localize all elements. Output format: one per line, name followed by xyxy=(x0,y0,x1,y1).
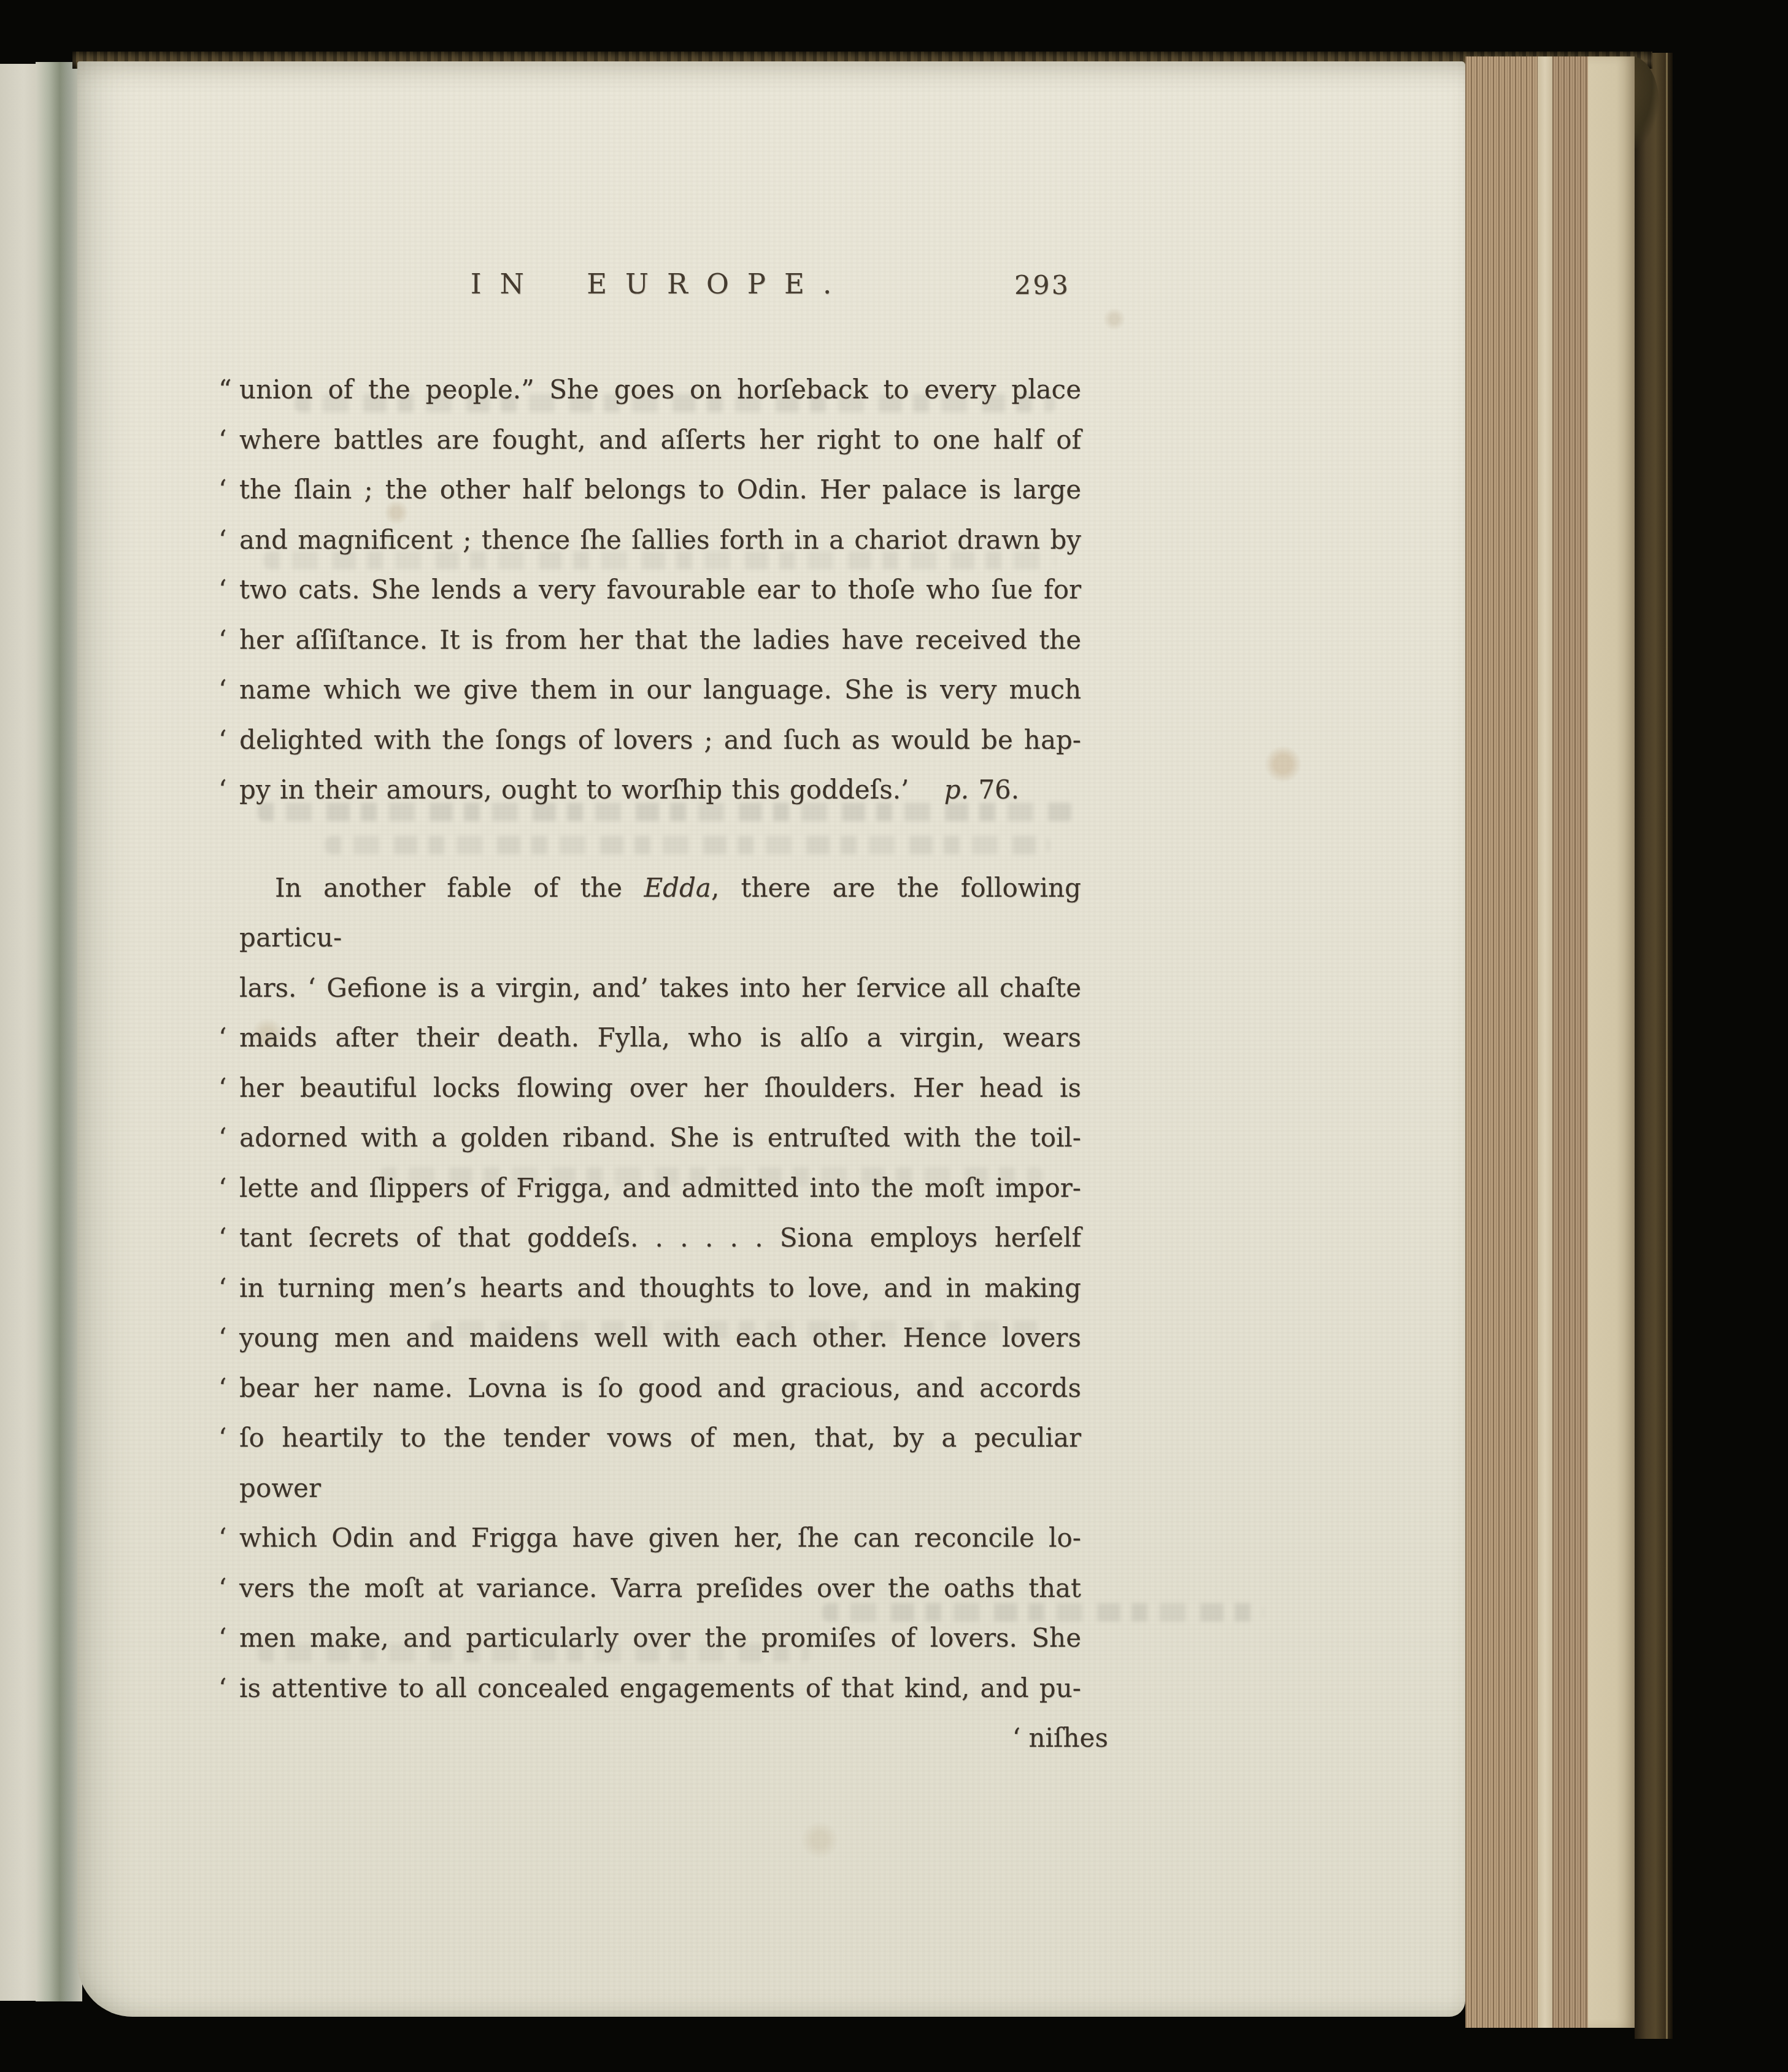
text-line: ‘where battles are fought, and aſſerts h… xyxy=(239,415,1081,465)
hanging-quote-mark: ‘ xyxy=(218,765,226,815)
hanging-quote-mark: ‘ xyxy=(218,1363,226,1413)
hanging-quote-mark: ‘ xyxy=(218,515,226,565)
text-line: ‘lette and ſlippers of Frigga, and admit… xyxy=(239,1163,1081,1213)
fore-edge-pages xyxy=(1465,56,1635,2028)
hanging-quote-mark: ‘ xyxy=(218,1613,226,1663)
text-line: ‘men make, and particularly over the pro… xyxy=(239,1613,1081,1663)
hanging-quote-mark: ‘ xyxy=(218,1513,226,1563)
line-text: men make, and particularly over the prom… xyxy=(239,1623,1081,1653)
printed-text-block: IN EUROPE. 293 “union of the people.” Sh… xyxy=(239,268,1081,1763)
text-line: ‘the ſlain ; the other half belongs to O… xyxy=(239,465,1081,515)
text-line: ‘delighted with the ſongs of lovers ; an… xyxy=(239,715,1081,765)
line-text: which Odin and Frigga have given her, ſh… xyxy=(239,1523,1081,1553)
text-line: In another fable of the Edda, there are … xyxy=(239,863,1081,963)
hanging-quote-mark: ‘ xyxy=(218,465,226,515)
line-text: ſo heartily to the tender vows of men, t… xyxy=(239,1423,1081,1503)
hanging-quote-mark: ‘ xyxy=(218,1563,226,1614)
line-text: vers the moſt at variance. Varra preſide… xyxy=(239,1573,1081,1603)
catchword: ‘ niſhes xyxy=(239,1713,1108,1763)
hanging-quote-mark: ‘ xyxy=(218,1313,226,1363)
line-text: In another fable of the Edda, there are … xyxy=(239,873,1081,953)
running-header: IN EUROPE. 293 xyxy=(239,268,1081,304)
line-text: is attentive to all concealed engagement… xyxy=(239,1673,1081,1703)
line-text: union of the people.” She goes on horſeb… xyxy=(239,374,1081,404)
text-line: ‘bear her name. Lovna is ſo good and gra… xyxy=(239,1363,1081,1413)
line-text: adorned with a golden riband. She is ent… xyxy=(239,1123,1081,1153)
text-line: ‘which Odin and Frigga have given her, ſ… xyxy=(239,1513,1081,1563)
text-line: lars. ‘ Gefione is a virgin, and’ takes … xyxy=(239,963,1081,1013)
text-line: ‘vers the moſt at variance. Varra preſid… xyxy=(239,1563,1081,1614)
hanging-quote-mark: ‘ xyxy=(218,415,226,465)
line-text: lette and ſlippers of Frigga, and admitt… xyxy=(239,1173,1081,1203)
text-line: ‘her aſſiſtance. It is from her that the… xyxy=(239,615,1081,665)
book-scan-photo: IN EUROPE. 293 “union of the people.” Sh… xyxy=(0,0,1788,2072)
gutter-shadow xyxy=(36,62,82,2001)
line-text: name which we give them in our language.… xyxy=(239,675,1081,705)
hanging-quote-mark: ‘ xyxy=(218,615,226,665)
hanging-quote-mark: ‘ xyxy=(218,1063,226,1113)
text-line: ‘is attentive to all concealed engagemen… xyxy=(239,1663,1081,1714)
header-title: IN EUROPE. xyxy=(239,268,1081,300)
line-text: where battles are fought, and aſſerts he… xyxy=(239,425,1081,455)
quoted-paragraph: “union of the people.” She goes on horſe… xyxy=(239,365,1081,815)
text-line: “union of the people.” She goes on horſe… xyxy=(239,365,1081,415)
text-line: ‘two cats. She lends a very favourable e… xyxy=(239,565,1081,615)
book-cover-edge xyxy=(1635,53,1673,2039)
line-text: two cats. She lends a very favourable ea… xyxy=(239,574,1081,605)
hanging-quote-mark: ‘ xyxy=(218,1113,226,1163)
facing-page-edge xyxy=(0,64,39,2001)
hanging-quote-mark: ‘ xyxy=(218,1663,226,1714)
line-text: tant ſecrets of that goddeſs. . . . . . … xyxy=(239,1223,1081,1253)
line-text: and magnificent ; thence ſhe ſallies for… xyxy=(239,525,1081,555)
page-number: 293 xyxy=(1014,270,1070,301)
line-text: in turning men’s hearts and thoughts to … xyxy=(239,1273,1081,1303)
line-text: her beautiful locks flowing over her ſho… xyxy=(239,1073,1081,1103)
text-line: ‘young men and maidens well with each ot… xyxy=(239,1313,1081,1363)
text-line: ‘ſo heartily to the tender vows of men, … xyxy=(239,1413,1081,1513)
text-line: ‘and magnificent ; thence ſhe ſallies fo… xyxy=(239,515,1081,565)
text-line: ‘tant ſecrets of that goddeſs. . . . . .… xyxy=(239,1213,1081,1263)
text-line: ‘her beautiful locks flowing over her ſh… xyxy=(239,1063,1081,1113)
hanging-quote-mark: ‘ xyxy=(218,565,226,615)
edda-paragraph: In another fable of the Edda, there are … xyxy=(239,863,1081,1714)
line-text: her aſſiſtance. It is from her that the … xyxy=(239,625,1081,655)
page-edge-outer-band xyxy=(1588,56,1635,2028)
hanging-quote-mark: ‘ xyxy=(218,1013,226,1063)
hanging-quote-mark: ‘ xyxy=(218,1263,226,1313)
page-edge-light-band xyxy=(1538,56,1552,2028)
text-line: ‘in turning men’s hearts and thoughts to… xyxy=(239,1263,1081,1313)
line-text: lars. ‘ Gefione is a virgin, and’ takes … xyxy=(239,973,1081,1003)
line-text: young men and maidens well with each oth… xyxy=(239,1323,1081,1353)
text-line: ‘adorned with a golden riband. She is en… xyxy=(239,1113,1081,1163)
hanging-quote-mark: “ xyxy=(218,365,231,415)
hanging-quote-mark: ‘ xyxy=(218,665,226,715)
text-line: ‘maids after their death. Fylla, who is … xyxy=(239,1013,1081,1063)
hanging-quote-mark: ‘ xyxy=(218,1163,226,1213)
line-text: delighted with the ſongs of lovers ; and… xyxy=(239,725,1081,755)
hanging-quote-mark: ‘ xyxy=(218,715,226,765)
line-text: py in their amours, ought to worſhip thi… xyxy=(239,775,1019,805)
text-line: ‘py in their amours, ought to worſhip th… xyxy=(239,765,1081,815)
line-text: the ſlain ; the other half belongs to Od… xyxy=(239,474,1081,504)
hanging-quote-mark: ‘ xyxy=(218,1213,226,1263)
page-edge-striations xyxy=(1465,56,1538,2028)
text-line: ‘name which we give them in our language… xyxy=(239,665,1081,715)
line-text: bear her name. Lovna is ſo good and grac… xyxy=(239,1373,1081,1403)
hanging-quote-mark: ‘ xyxy=(218,1413,226,1463)
page-edge-striations xyxy=(1552,56,1588,2028)
line-text: maids after their death. Fylla, who is a… xyxy=(239,1022,1081,1053)
